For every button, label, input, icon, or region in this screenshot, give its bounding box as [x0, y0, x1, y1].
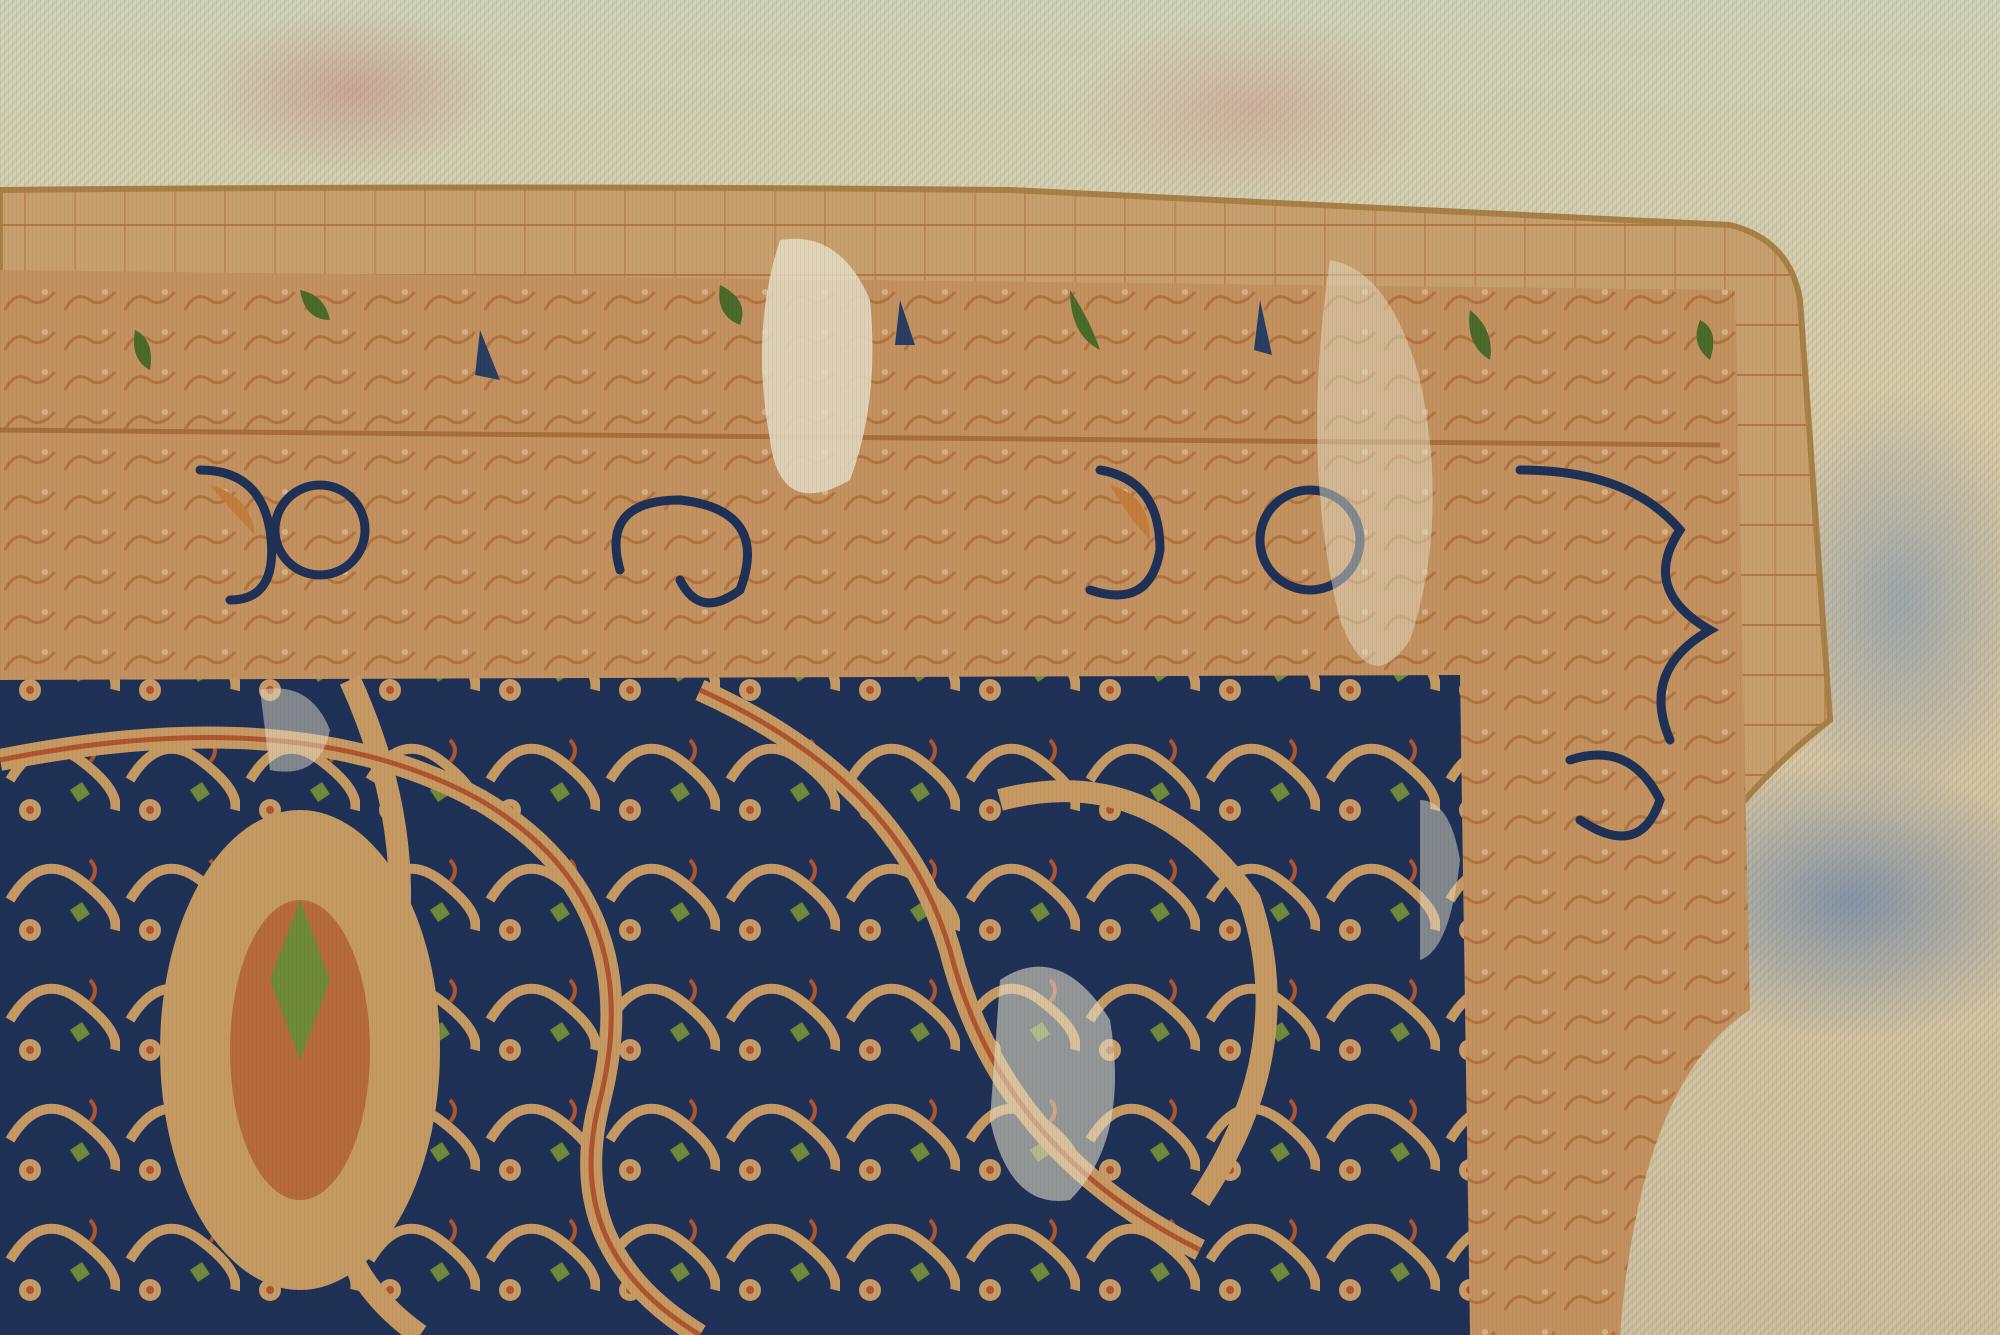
rug-photo [0, 0, 2000, 1335]
medallion-fragment [160, 810, 440, 1290]
folded-rug-back [0, 0, 2000, 1335]
